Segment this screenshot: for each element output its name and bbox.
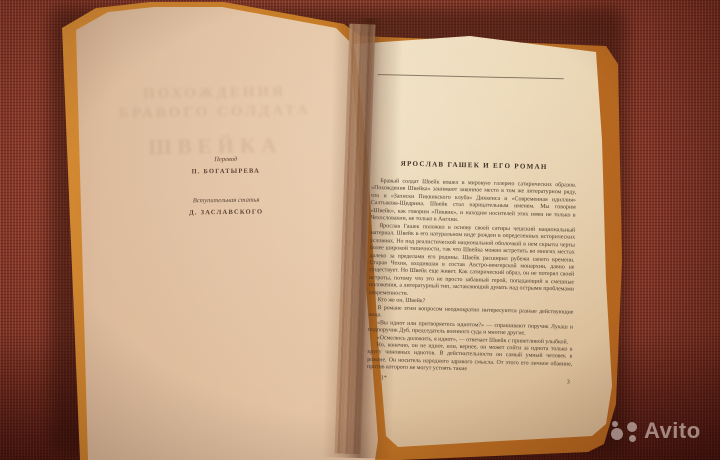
avito-logo-icon xyxy=(606,419,642,447)
intro-article-label: Вступительная статья xyxy=(150,196,302,206)
chapter-heading: ЯРОСЛАВ ГАШЕК И ЕГО РОМАН xyxy=(372,159,577,172)
paragraph: Ярослав Гашек положил в основу своей сат… xyxy=(369,223,576,302)
avito-watermark: Avito xyxy=(606,419,701,447)
credits-spacer xyxy=(150,175,302,198)
showthrough-line: БРАВОГО СОЛДАТА xyxy=(110,101,320,124)
paragraph: Но, конечно, он не идиот, или, вернее, о… xyxy=(367,342,573,376)
page-number: 3 xyxy=(567,379,570,385)
right-page-content: ЯРОСЛАВ ГАШЕК И ЕГО РОМАН Бравый солдат … xyxy=(367,62,579,385)
avito-dot-icon xyxy=(611,428,623,440)
translator-label: Перевод xyxy=(150,155,302,165)
avito-dot-icon xyxy=(627,422,637,432)
avito-wordmark: Avito xyxy=(644,418,701,444)
header-rule xyxy=(378,74,564,79)
avito-dot-icon xyxy=(629,435,636,442)
intro-author-name: Д. ЗАСЛАВСКОГО xyxy=(150,208,302,218)
avito-dot-icon xyxy=(612,421,618,427)
title-page-credits: Перевод П. БОГАТЫРЕВА Вступительная стат… xyxy=(150,155,303,218)
photo-scene: ПОХОЖДЕНИЯ БРАВОГО СОЛДАТА ШВЕЙКА Перево… xyxy=(0,0,720,460)
signature-mark: 1* xyxy=(381,375,387,381)
paragraph: Бравый солдат Швейк вошел в мировую гале… xyxy=(370,178,576,227)
body-text: Бравый солдат Швейк вошел в мировую гале… xyxy=(367,178,576,376)
title-showthrough: ПОХОЖДЕНИЯ БРАВОГО СОЛДАТА ШВЕЙКА xyxy=(109,82,320,161)
